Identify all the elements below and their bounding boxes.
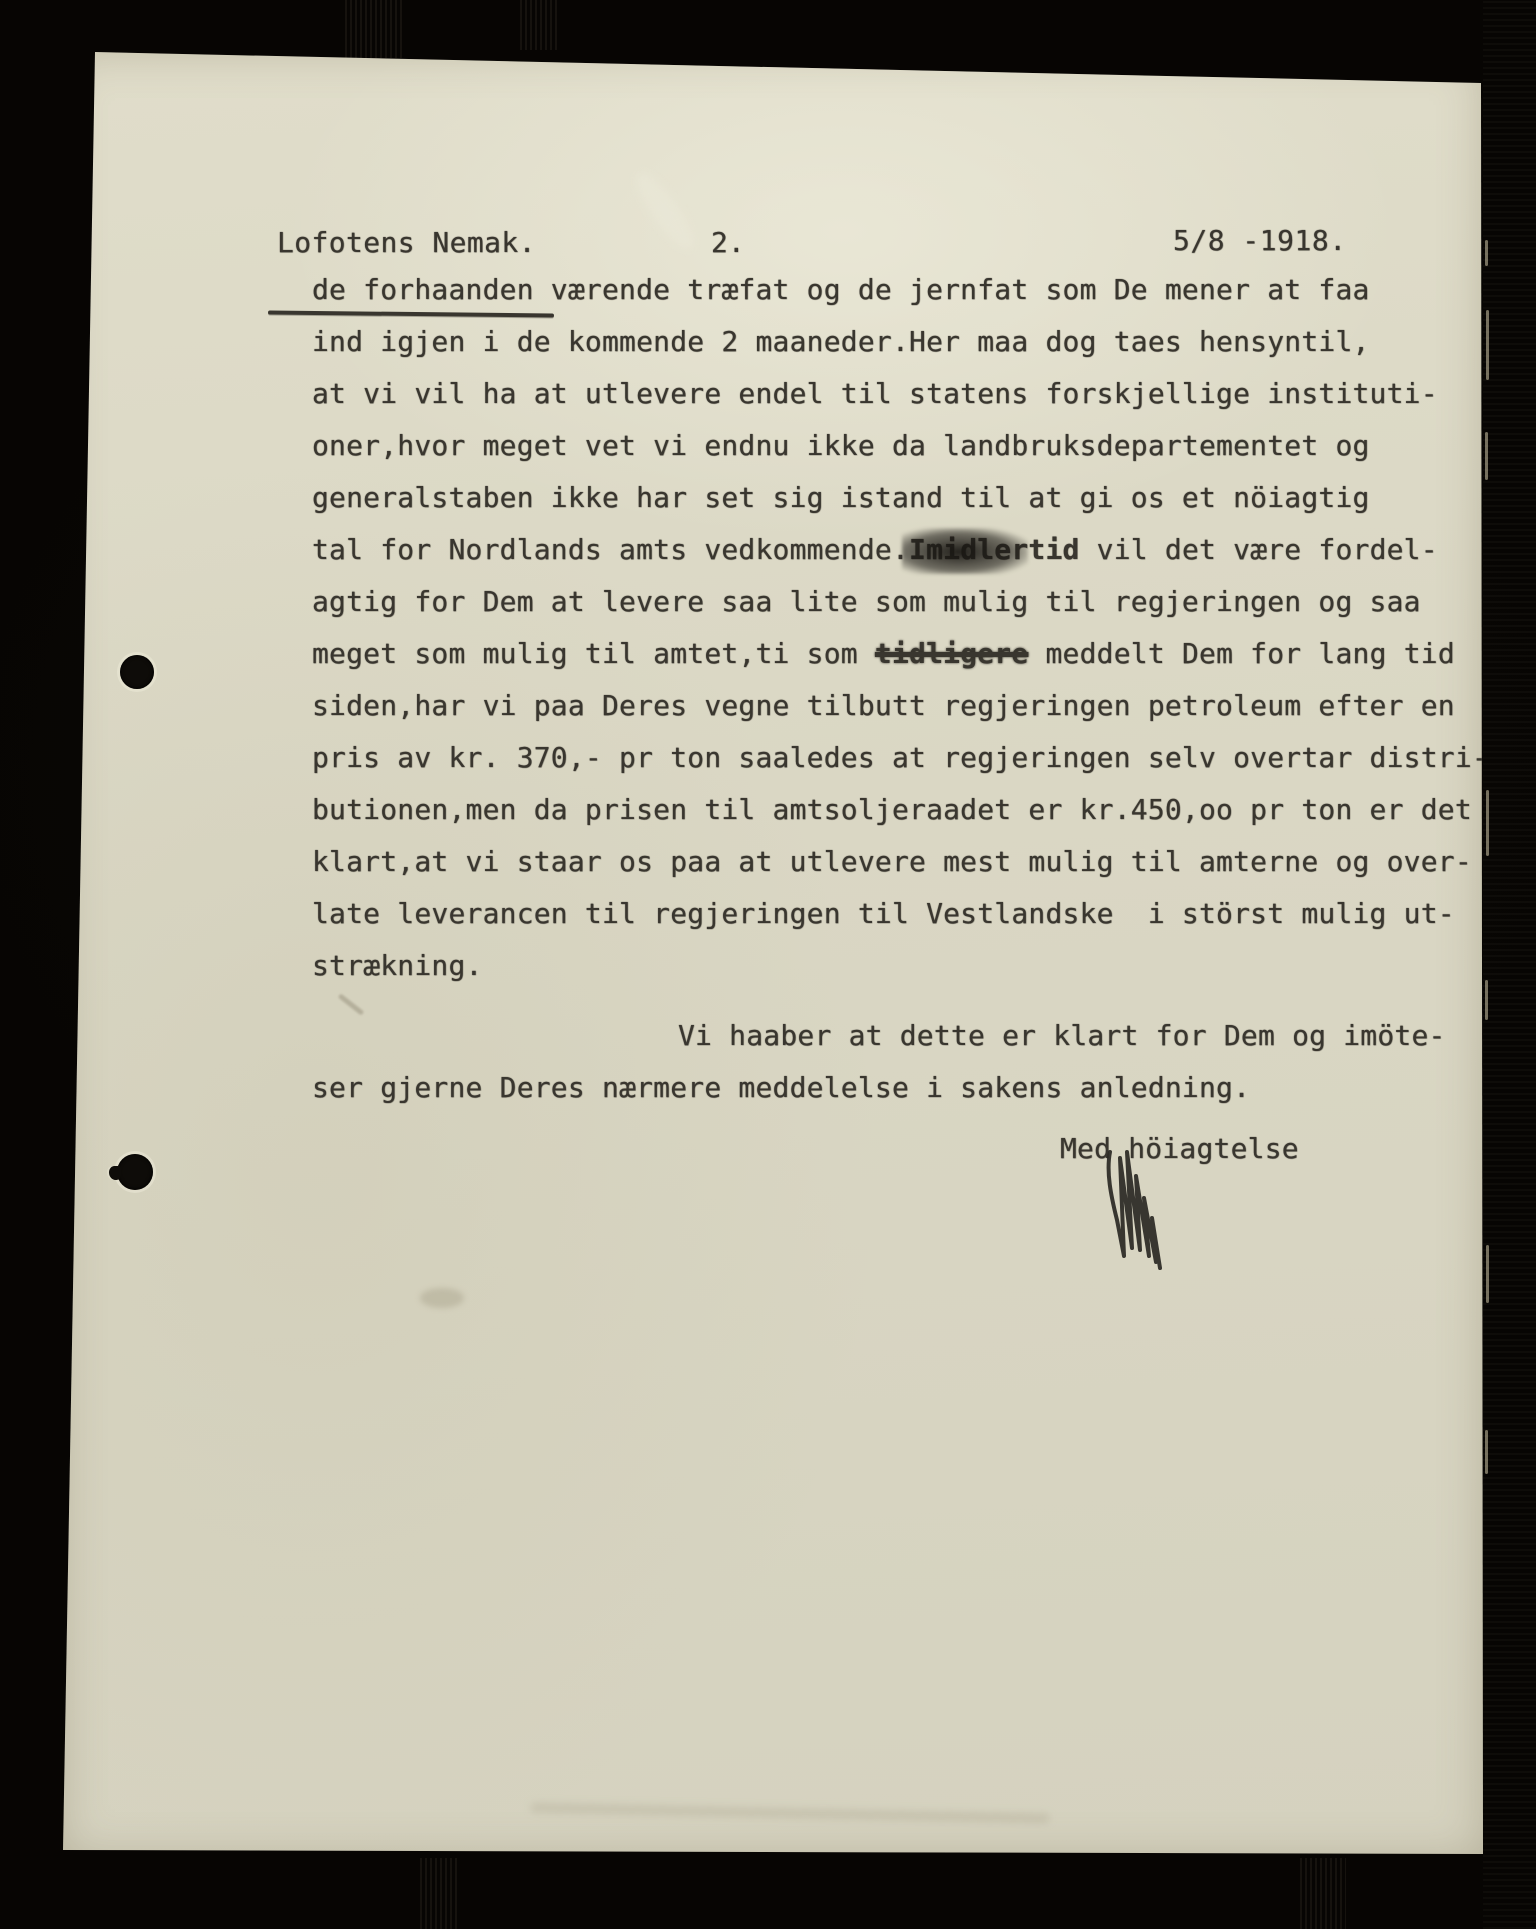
text-line: oner,hvor meget vet vi endnu ikke da lan… <box>312 420 1492 472</box>
signature-scribble <box>1096 1144 1168 1274</box>
stitch-mark <box>1485 980 1488 1020</box>
mount-texture <box>345 0 405 58</box>
text-line: strækning. <box>312 940 1492 992</box>
text-line: ser gjerne Deres nærmere meddelelse i sa… <box>312 1062 1492 1114</box>
paper-wrinkle <box>530 1803 1050 1824</box>
letter-date: 5/8 -1918. <box>1173 224 1347 257</box>
mount-texture <box>1300 1858 1346 1929</box>
text-segment: tal for Nordlands amts vedkommende. <box>312 533 909 566</box>
text-segment: meddelt Dem for lang tid <box>1028 637 1454 670</box>
stitch-mark <box>1485 240 1488 266</box>
stitch-mark <box>1486 1245 1489 1303</box>
text-line: siden,har vi paa Deres vegne tilbutt reg… <box>312 680 1492 732</box>
stitch-mark <box>1485 432 1488 480</box>
paper-sheet: Lofotens Nemak. 2. 5/8 -1918. de forhaan… <box>60 50 1484 1860</box>
text-line: de forhaanden værende træfat og de jernf… <box>312 264 1492 316</box>
text-line: pris av kr. 370,- pr ton saaledes at reg… <box>312 732 1492 784</box>
text-line: late leverancen til regjeringen til Vest… <box>312 888 1492 940</box>
punch-hole-bottom <box>117 1154 153 1190</box>
page-number: 2. <box>711 226 745 259</box>
stitch-mark <box>1486 310 1489 380</box>
closing-valediction: Med höiagtelse <box>312 1123 1492 1175</box>
letter-sender: Lofotens Nemak. <box>277 226 536 259</box>
text-line: ind igjen i de kommende 2 maaneder.Her m… <box>312 316 1492 368</box>
struckthrough-word: tidligere <box>875 637 1029 670</box>
spine-texture <box>1483 0 1536 1929</box>
text-line: tal for Nordlands amts vedkommende.Imidl… <box>312 524 1492 576</box>
text-line: at vi vil ha at utlevere endel til state… <box>312 368 1492 420</box>
text-line: agtig for Dem at levere saa lite som mul… <box>312 576 1492 628</box>
letter-body: de forhaanden værende træfat og de jernf… <box>312 264 1492 1175</box>
text-line: meget som mulig til amtet,ti som tidlige… <box>312 628 1492 680</box>
text-line: klart,at vi staar os paa at utlevere mes… <box>312 836 1492 888</box>
text-segment: meget som mulig til amtet,ti som <box>312 637 875 670</box>
text-line: butionen,men da prisen til amtsoljeraade… <box>312 784 1492 836</box>
paper-sheen <box>629 167 702 256</box>
stain <box>420 1288 464 1308</box>
smudged-word: Imidlertid <box>909 533 1080 566</box>
stitch-mark <box>1485 1430 1488 1474</box>
stitch-mark <box>1486 790 1489 856</box>
text-line: generalstaben ikke har set sig istand ti… <box>312 472 1492 524</box>
mount-texture <box>520 0 560 50</box>
scanned-letter-page: Lofotens Nemak. 2. 5/8 -1918. de forhaan… <box>0 0 1536 1929</box>
text-segment: vil det være fordel- <box>1080 533 1438 566</box>
punch-hole-top <box>120 655 154 689</box>
mount-texture <box>420 1858 460 1929</box>
text-line: Vi haaber at dette er klart for Dem og i… <box>312 1010 1492 1062</box>
